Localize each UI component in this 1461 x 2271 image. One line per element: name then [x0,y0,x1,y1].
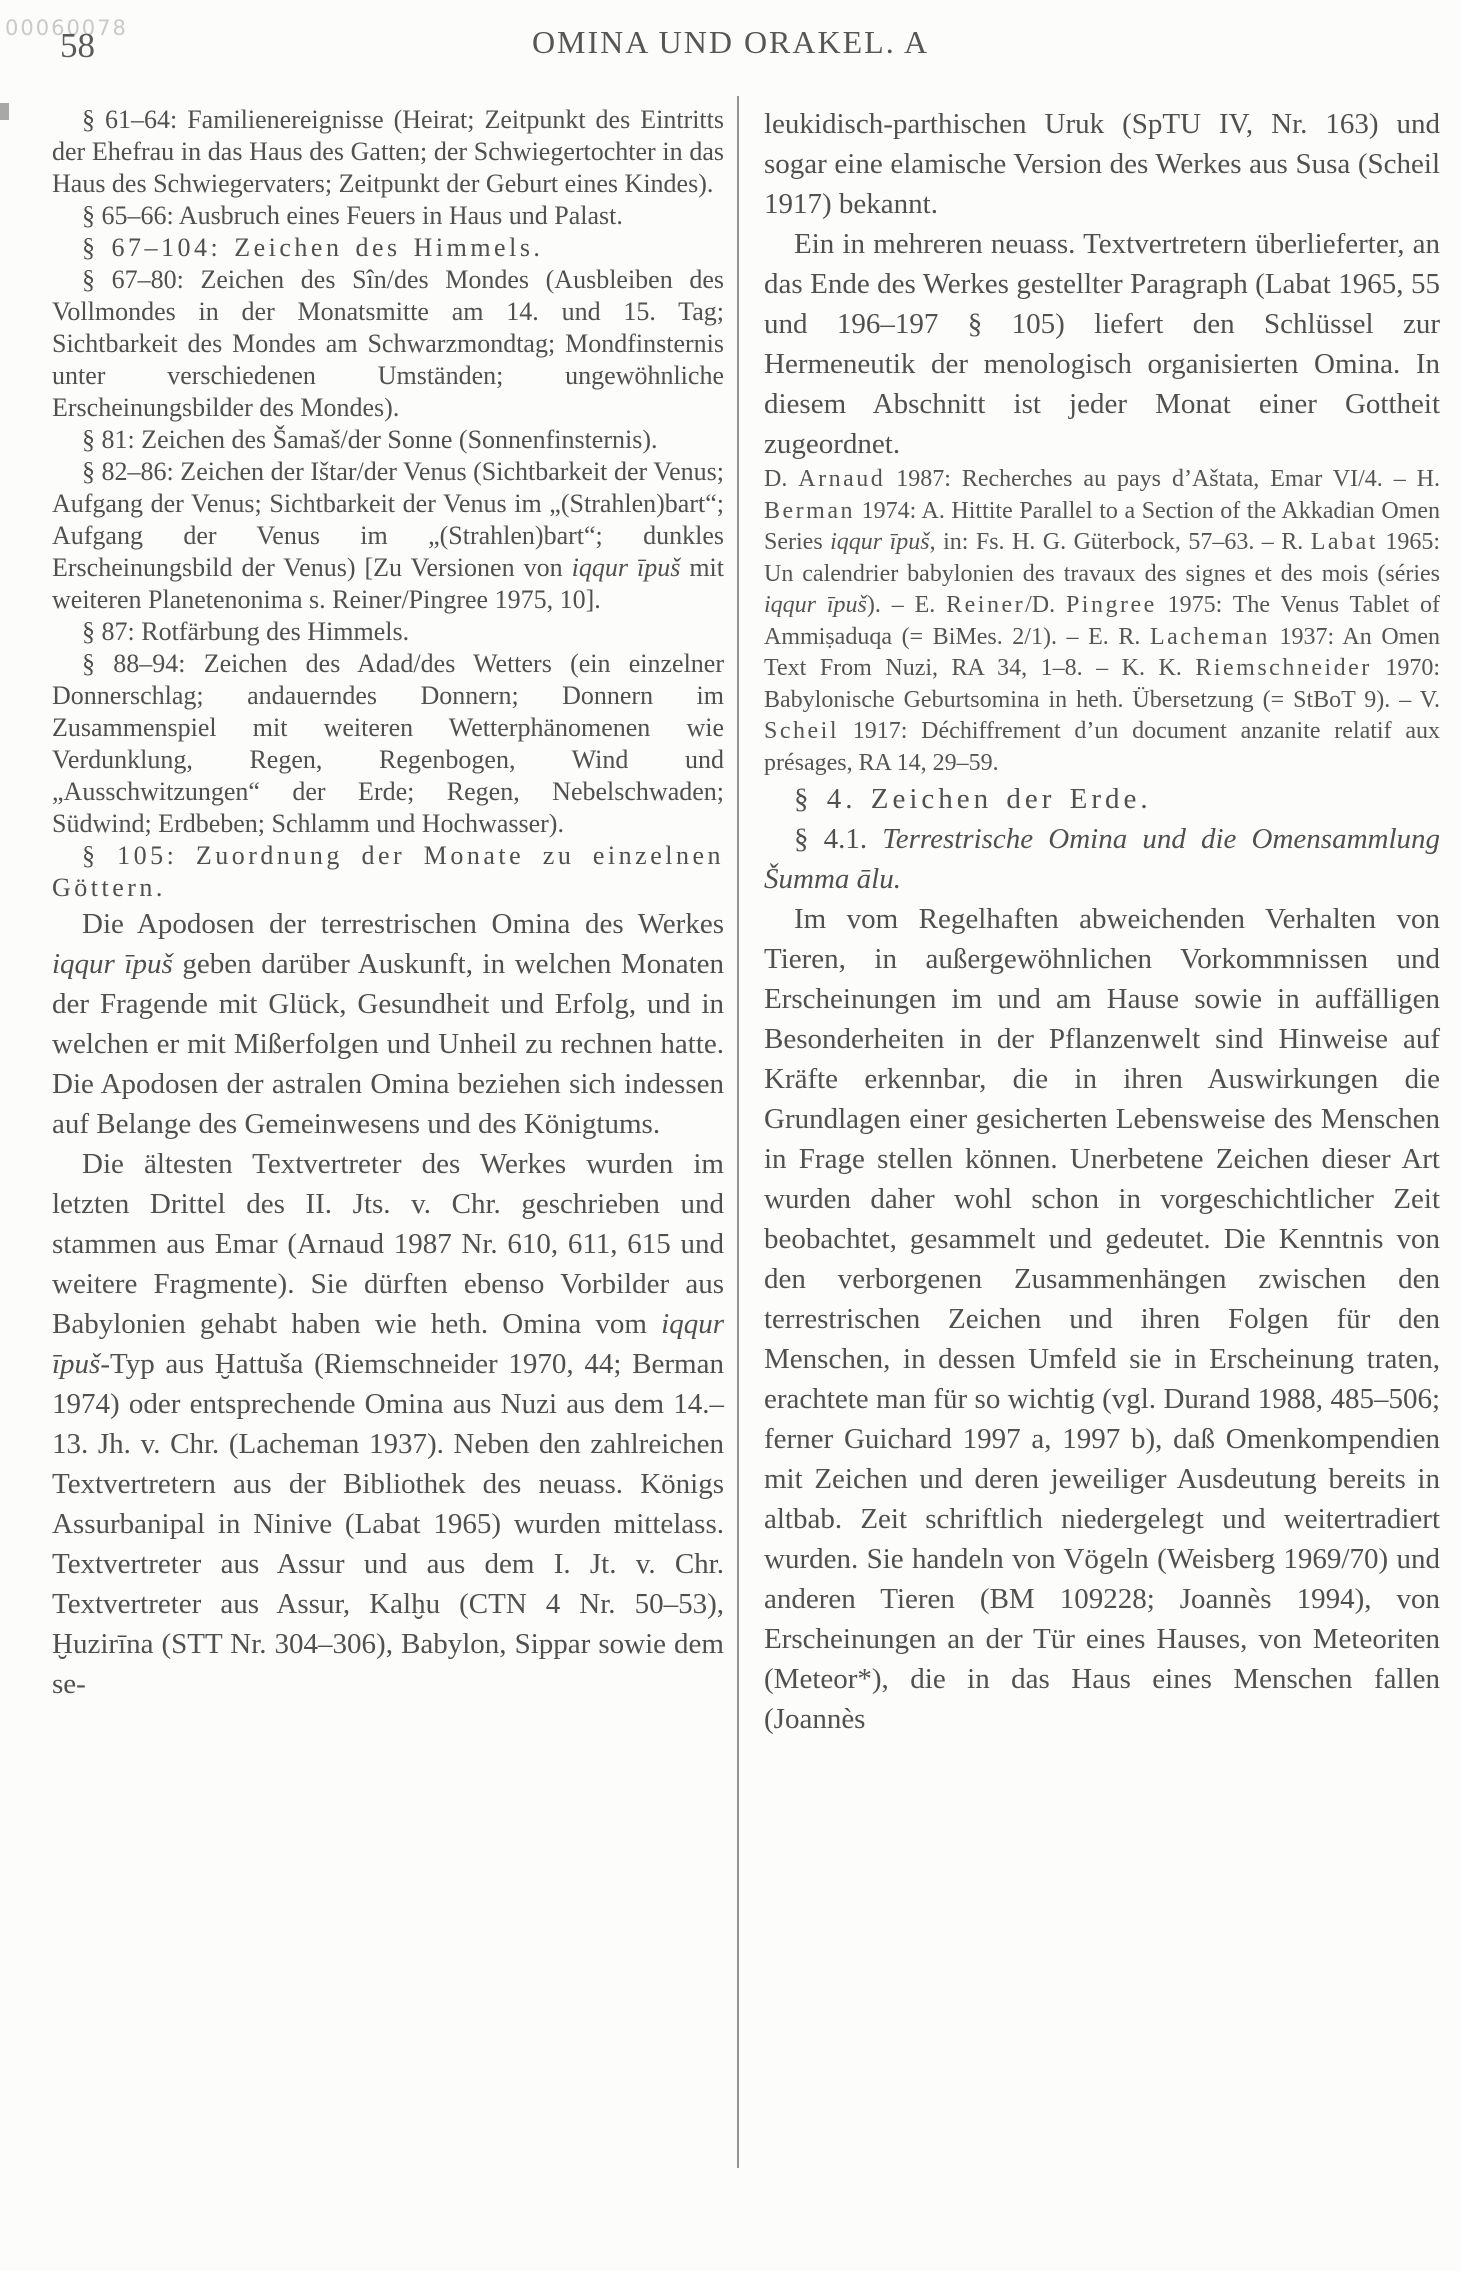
text-run: § 67–104: Zeichen des Himmels. [82,233,543,262]
letterspaced-name-run: Riemschneider [1195,655,1371,681]
text-run: D. [764,466,798,492]
text-run: Die Apodosen der terrestrischen Omina de… [82,908,724,940]
overview-para: § 82–86: Zeichen der Ištar/der Venus (Si… [52,456,724,616]
text-run: -Typ aus Ḫattuša (Riemschneider 1970, 44… [52,1348,724,1700]
main-para: Die ältesten Textvertreter des Werkes wu… [52,1144,724,1704]
overview-para: § 67–80: Zeichen des Sîn/des Mondes (Aus… [52,264,724,424]
main-para: leukidisch-parthischen Uruk (SpTU IV, Nr… [764,104,1440,224]
letterspaced-name-run: Arnaud [798,466,885,492]
overview-para: § 81: Zeichen des Šamaš/der Sonne (Sonne… [52,424,724,456]
overview-para: § 87: Rotfärbung des Himmels. [52,616,724,648]
main-para: Im vom Regelhaften abweichenden Verhalte… [764,899,1440,1739]
italic-text-run: iqqur īpuš [830,529,929,555]
overview-para: § 61–64: Familienereignisse (Heirat; Zei… [52,104,724,200]
text-run: § 67–80: Zeichen des Sîn/des Mondes (Aus… [52,265,724,422]
overview-para: § 65–66: Ausbruch eines Feuers in Haus u… [52,200,724,232]
text-run: 1917: Déchiffrement d’un document anzani… [764,718,1440,776]
text-run: Im vom Regelhaften abweichenden Verhalte… [764,903,1440,1735]
text-run: § 105: Zuordnung der Monate zu einzelnen… [52,841,724,902]
letterspaced-name-run: Scheil [764,718,839,744]
overview-para: § 88–94: Zeichen des Adad/des Wetters (e… [52,648,724,840]
letterspaced-name-run: Labat [1311,529,1378,555]
text-run: § 81: Zeichen des Šamaš/der Sonne (Sonne… [82,425,658,454]
main-subheading: § 4.1. Terrestrische Omina und die Omens… [764,819,1440,899]
text-run: Die ältesten Textvertreter des Werkes wu… [52,1148,724,1340]
text-run: Ein in mehreren neuass. Textvertretern ü… [764,228,1440,460]
text-run: § 87: Rotfärbung des Himmels. [82,617,409,646]
text-run: , in: Fs. H. G. Güterbock, 57–63. – R. [930,529,1311,555]
overview-heading: § 67–104: Zeichen des Himmels. [52,232,724,264]
scan-artifact [0,103,9,120]
text-run: 1987: Recherches au pays d’Aštata, Emar … [885,466,1440,492]
text-run: § 65–66: Ausbruch eines Feuers in Haus u… [82,201,623,230]
letterspaced-name-run: Lacheman [1150,624,1270,650]
text-run: § 88–94: Zeichen des Adad/des Wetters (e… [52,649,724,838]
bib: D. Arnaud 1987: Recherches au pays d’Ašt… [764,464,1440,779]
right-column: leukidisch-parthischen Uruk (SpTU IV, Nr… [764,104,1440,1739]
text-run: /D. [1025,592,1066,618]
italic-text-run: iqqur īpuš [52,948,173,980]
main-para: Ein in mehreren neuass. Textvertretern ü… [764,224,1440,464]
running-title: OMINA UND ORAKEL. A [0,24,1461,61]
letterspaced-name-run: Reiner [946,592,1025,618]
letterspaced-name-run: Berman [764,498,855,524]
italic-text-run: iqqur īpuš [764,592,867,618]
main-para: Die Apodosen der terrestrischen Omina de… [52,904,724,1144]
main-heading: § 4. Zeichen der Erde. [764,779,1440,819]
text-run: § 61–64: Familienereignisse (Heirat; Zei… [52,105,724,198]
letterspaced-name-run: Pingree [1066,592,1157,618]
overview-heading: § 105: Zuordnung der Monate zu einzelnen… [52,840,724,904]
text-run: leukidisch-parthischen Uruk (SpTU IV, Nr… [764,108,1440,220]
text-run: § 4.1. [794,823,882,855]
column-divider-rule [737,96,739,2168]
left-column: § 61–64: Familienereignisse (Heirat; Zei… [52,104,724,1704]
text-run: § 4. Zeichen der Erde. [794,783,1152,815]
text-run: ). – E. [867,592,946,618]
italic-text-run: iqqur īpuš [572,553,681,582]
